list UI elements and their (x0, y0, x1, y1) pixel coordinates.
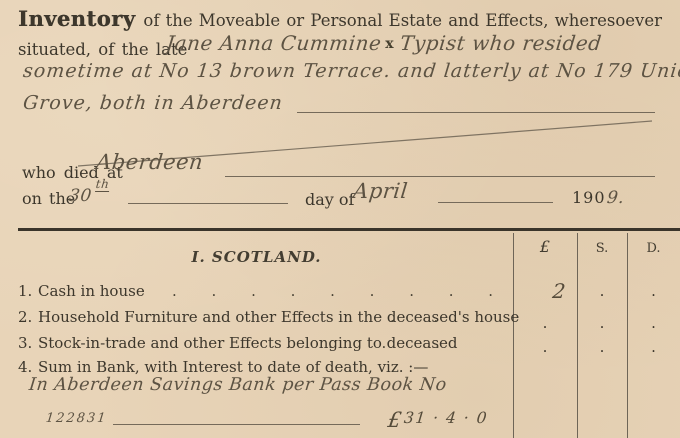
table-row: 3. Stock-in-trade and other Effects belo… (0, 334, 680, 358)
amount-value-handwritten: 31 · 4 · 0 (403, 409, 489, 427)
column-header-shillings: S. (577, 241, 627, 256)
row-number: 4. (18, 358, 32, 376)
month-of-death-handwritten: April (352, 179, 409, 203)
heading-text: of the Moveable or Personal Estate and E… (143, 11, 662, 30)
table-top-border (18, 228, 680, 231)
shillings-value: . (577, 338, 627, 356)
month-fill-line (438, 202, 553, 203)
deceased-name-handwritten: Jane Anna Cummine x Typist who resided (165, 31, 600, 55)
table-row: 1. Cash in house . . . . . . . . . 2 . . (0, 282, 680, 306)
pounds-value-handwritten: 2 (512, 279, 579, 303)
pound-sign-handwritten: £ (386, 408, 403, 432)
place-of-death-fill-line (225, 176, 655, 177)
row-label: Cash in house (38, 282, 145, 300)
inventory-document-page: Inventory of the Moveable or Personal Es… (0, 0, 680, 438)
insertion-mark: x (385, 36, 393, 52)
document-heading: Inventory of the Moveable or Personal Es… (18, 6, 662, 31)
passbook-number-handwritten: 122831 (45, 411, 108, 426)
dot-leaders: . . . . . . . . . (172, 282, 493, 300)
situated-of-the-late-label: situated, of the late (18, 40, 187, 59)
year-digit-handwritten: 9. (606, 188, 625, 208)
day-of-label: day of (305, 190, 354, 209)
day-ordinal-handwritten: th (95, 177, 110, 192)
shillings-value: . (577, 314, 627, 332)
row-number: 1. (18, 282, 32, 300)
table-row: 2. Household Furniture and other Effects… (0, 308, 680, 332)
pounds-value: . (513, 314, 577, 332)
bank-entry-handwritten: In Aberdeen Savings Bank per Pass Book N… (28, 375, 448, 395)
day-of-death-handwritten: 30 (68, 186, 93, 206)
shillings-value: . (577, 282, 627, 300)
address-line-1-handwritten: sometime at No 13 brown Terrace. and lat… (22, 60, 680, 82)
pence-value: . (627, 338, 680, 356)
pence-value: . (627, 314, 680, 332)
section-title: I. SCOTLAND. (0, 248, 513, 266)
dot-leaders: . . . (328, 334, 440, 352)
deceased-occupation: Typist who resided (399, 31, 603, 55)
passbook-fill-line (113, 424, 360, 425)
row-label: Household Furniture and other Effects in… (38, 308, 519, 326)
row-label: Sum in Bank, with Interest to date of de… (38, 358, 428, 376)
column-header-pence: D. (627, 241, 680, 256)
row-number: 3. (18, 334, 32, 352)
dot-leaders: . . (390, 308, 438, 326)
address-line-2-handwritten: Grove, both in Aberdeen (22, 92, 284, 114)
heading-word: Inventory (18, 6, 135, 31)
year-of-death: 190 9. (572, 188, 623, 208)
row-number: 2. (18, 308, 32, 326)
place-of-death-handwritten: Aberdeen (95, 150, 204, 174)
deceased-name: Jane Anna Cummine (165, 31, 383, 55)
address-fill-line (297, 112, 655, 113)
year-printed-prefix: 190 (572, 188, 606, 207)
column-header-pounds: £ (513, 237, 577, 256)
pounds-value: . (513, 338, 577, 356)
bank-amount-handwritten: £ 31 · 4 · 0 (388, 404, 488, 428)
day-fill-line (128, 203, 288, 204)
pence-value: . (627, 282, 680, 300)
